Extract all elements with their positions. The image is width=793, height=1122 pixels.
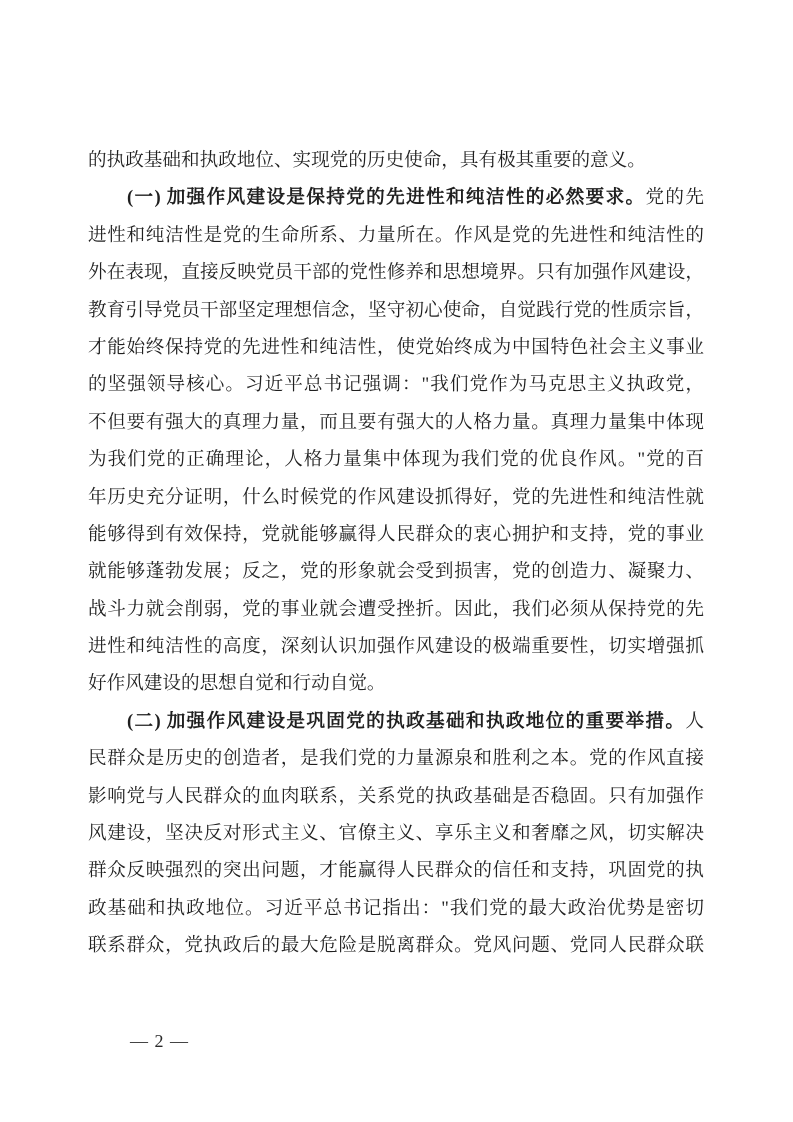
text-line: 进性和纯洁性的高度，深刻认识加强作风建设的极端重要性，切实增强抓: [88, 628, 704, 665]
text-run: 民群众是历史的创造者，是我们党的力量源泉和胜利之本。党的作风直接: [88, 748, 704, 769]
text-line: 政基础和执政地位。习近平总书记指出："我们党的最大政治优势是密切: [88, 890, 704, 927]
text-run: 才能始终保持党的先进性和纯洁性，使党始终成为中国特色社会主义事业: [88, 337, 704, 358]
text-line: 进性和纯洁性是党的生命所系、力量所在。作风是党的先进性和纯洁性的: [88, 217, 704, 254]
heading-run: (一) 加强作风建设是保持党的先进性和纯洁性的必然要求。: [127, 187, 645, 208]
text-line: 才能始终保持党的先进性和纯洁性，使党始终成为中国特色社会主义事业: [88, 329, 704, 366]
text-run: 进性和纯洁性是党的生命所系、力量所在。作风是党的先进性和纯洁性的: [88, 225, 704, 246]
text-line: (二) 加强作风建设是巩固党的执政基础和执政地位的重要举措。人: [88, 703, 704, 740]
text-line: 联系群众，党执政后的最大危险是脱离群众。党风问题、党同人民群众联: [88, 927, 704, 964]
text-line: 不但要有强大的真理力量，而且要有强大的人格力量。真理力量集中体现: [88, 404, 704, 441]
heading-run: (二) 加强作风建设是巩固党的执政基础和执政地位的重要举措。: [127, 711, 685, 732]
text-run: 外在表现，直接反映党员干部的党性修养和思想境界。只有加强作风建设，: [88, 262, 704, 283]
text-run: 群众反映强烈的突出问题，才能赢得人民群众的信任和支持，巩固党的执: [88, 860, 704, 881]
text-line: 能够得到有效保持，党就能够赢得人民群众的衷心拥护和支持，党的事业: [88, 516, 704, 553]
text-run: 人: [685, 711, 704, 732]
text-run: 好作风建设的思想自觉和行动自觉。: [88, 673, 386, 694]
text-run: 的坚强领导核心。习近平总书记强调："我们党作为马克思主义执政党，: [88, 374, 704, 395]
text-line: 就能够蓬勃发展；反之，党的形象就会受到损害，党的创造力、凝聚力、: [88, 553, 704, 590]
text-run: 进性和纯洁性的高度，深刻认识加强作风建设的极端重要性，切实增强抓: [88, 636, 704, 657]
text-line: 群众反映强烈的突出问题，才能赢得人民群众的信任和支持，巩固党的执: [88, 852, 704, 889]
text-run: 为我们党的正确理论，人格力量集中体现为我们党的优良作风。"党的百: [88, 449, 704, 470]
text-line: 战斗力就会削弱，党的事业就会遭受挫折。因此，我们必须从保持党的先: [88, 591, 704, 628]
text-line: 的执政基础和执政地位、实现党的历史使命，具有极其重要的意义。: [88, 142, 704, 179]
text-run: 能够得到有效保持，党就能够赢得人民群众的衷心拥护和支持，党的事业: [88, 524, 704, 545]
text-run: 联系群众，党执政后的最大危险是脱离群众。党风问题、党同人民群众联: [88, 935, 704, 956]
text-line: 为我们党的正确理论，人格力量集中体现为我们党的优良作风。"党的百: [88, 441, 704, 478]
text-line: 教育引导党员干部坚定理想信念，坚守初心使命，自觉践行党的性质宗旨，: [88, 292, 704, 329]
text-line: 的坚强领导核心。习近平总书记强调："我们党作为马克思主义执政党，: [88, 366, 704, 403]
page-number: — 2 —: [130, 1029, 189, 1053]
text-run: 不但要有强大的真理力量，而且要有强大的人格力量。真理力量集中体现: [88, 412, 704, 433]
text-run: 政基础和执政地位。习近平总书记指出："我们党的最大政治优势是密切: [88, 898, 704, 919]
text-run: 教育引导党员干部坚定理想信念，坚守初心使命，自觉践行党的性质宗旨，: [88, 300, 704, 321]
text-line: 外在表现，直接反映党员干部的党性修养和思想境界。只有加强作风建设，: [88, 254, 704, 291]
text-run: 风建设，坚决反对形式主义、官僚主义、享乐主义和奢靡之风，切实解决: [88, 823, 704, 844]
text-line: 风建设，坚决反对形式主义、官僚主义、享乐主义和奢靡之风，切实解决: [88, 815, 704, 852]
text-line: 影响党与人民群众的血肉联系，关系党的执政基础是否稳固。只有加强作: [88, 778, 704, 815]
text-run: 党的先: [645, 187, 704, 208]
text-block: 的执政基础和执政地位、实现党的历史使命，具有极其重要的意义。(一) 加强作风建设…: [88, 142, 704, 965]
text-line: 民群众是历史的创造者，是我们党的力量源泉和胜利之本。党的作风直接: [88, 740, 704, 777]
text-run: 影响党与人民群众的血肉联系，关系党的执政基础是否稳固。只有加强作: [88, 786, 704, 807]
text-run: 的执政基础和执政地位、实现党的历史使命，具有极其重要的意义。: [88, 150, 646, 171]
document-page: 的执政基础和执政地位、实现党的历史使命，具有极其重要的意义。(一) 加强作风建设…: [0, 0, 793, 1122]
text-line: (一) 加强作风建设是保持党的先进性和纯洁性的必然要求。党的先: [88, 179, 704, 216]
text-run: 就能够蓬勃发展；反之，党的形象就会受到损害，党的创造力、凝聚力、: [88, 561, 704, 582]
text-run: 年历史充分证明，什么时候党的作风建设抓得好，党的先进性和纯洁性就: [88, 487, 704, 508]
text-line: 好作风建设的思想自觉和行动自觉。: [88, 665, 704, 702]
text-line: 年历史充分证明，什么时候党的作风建设抓得好，党的先进性和纯洁性就: [88, 479, 704, 516]
text-run: 战斗力就会削弱，党的事业就会遭受挫折。因此，我们必须从保持党的先: [88, 599, 704, 620]
